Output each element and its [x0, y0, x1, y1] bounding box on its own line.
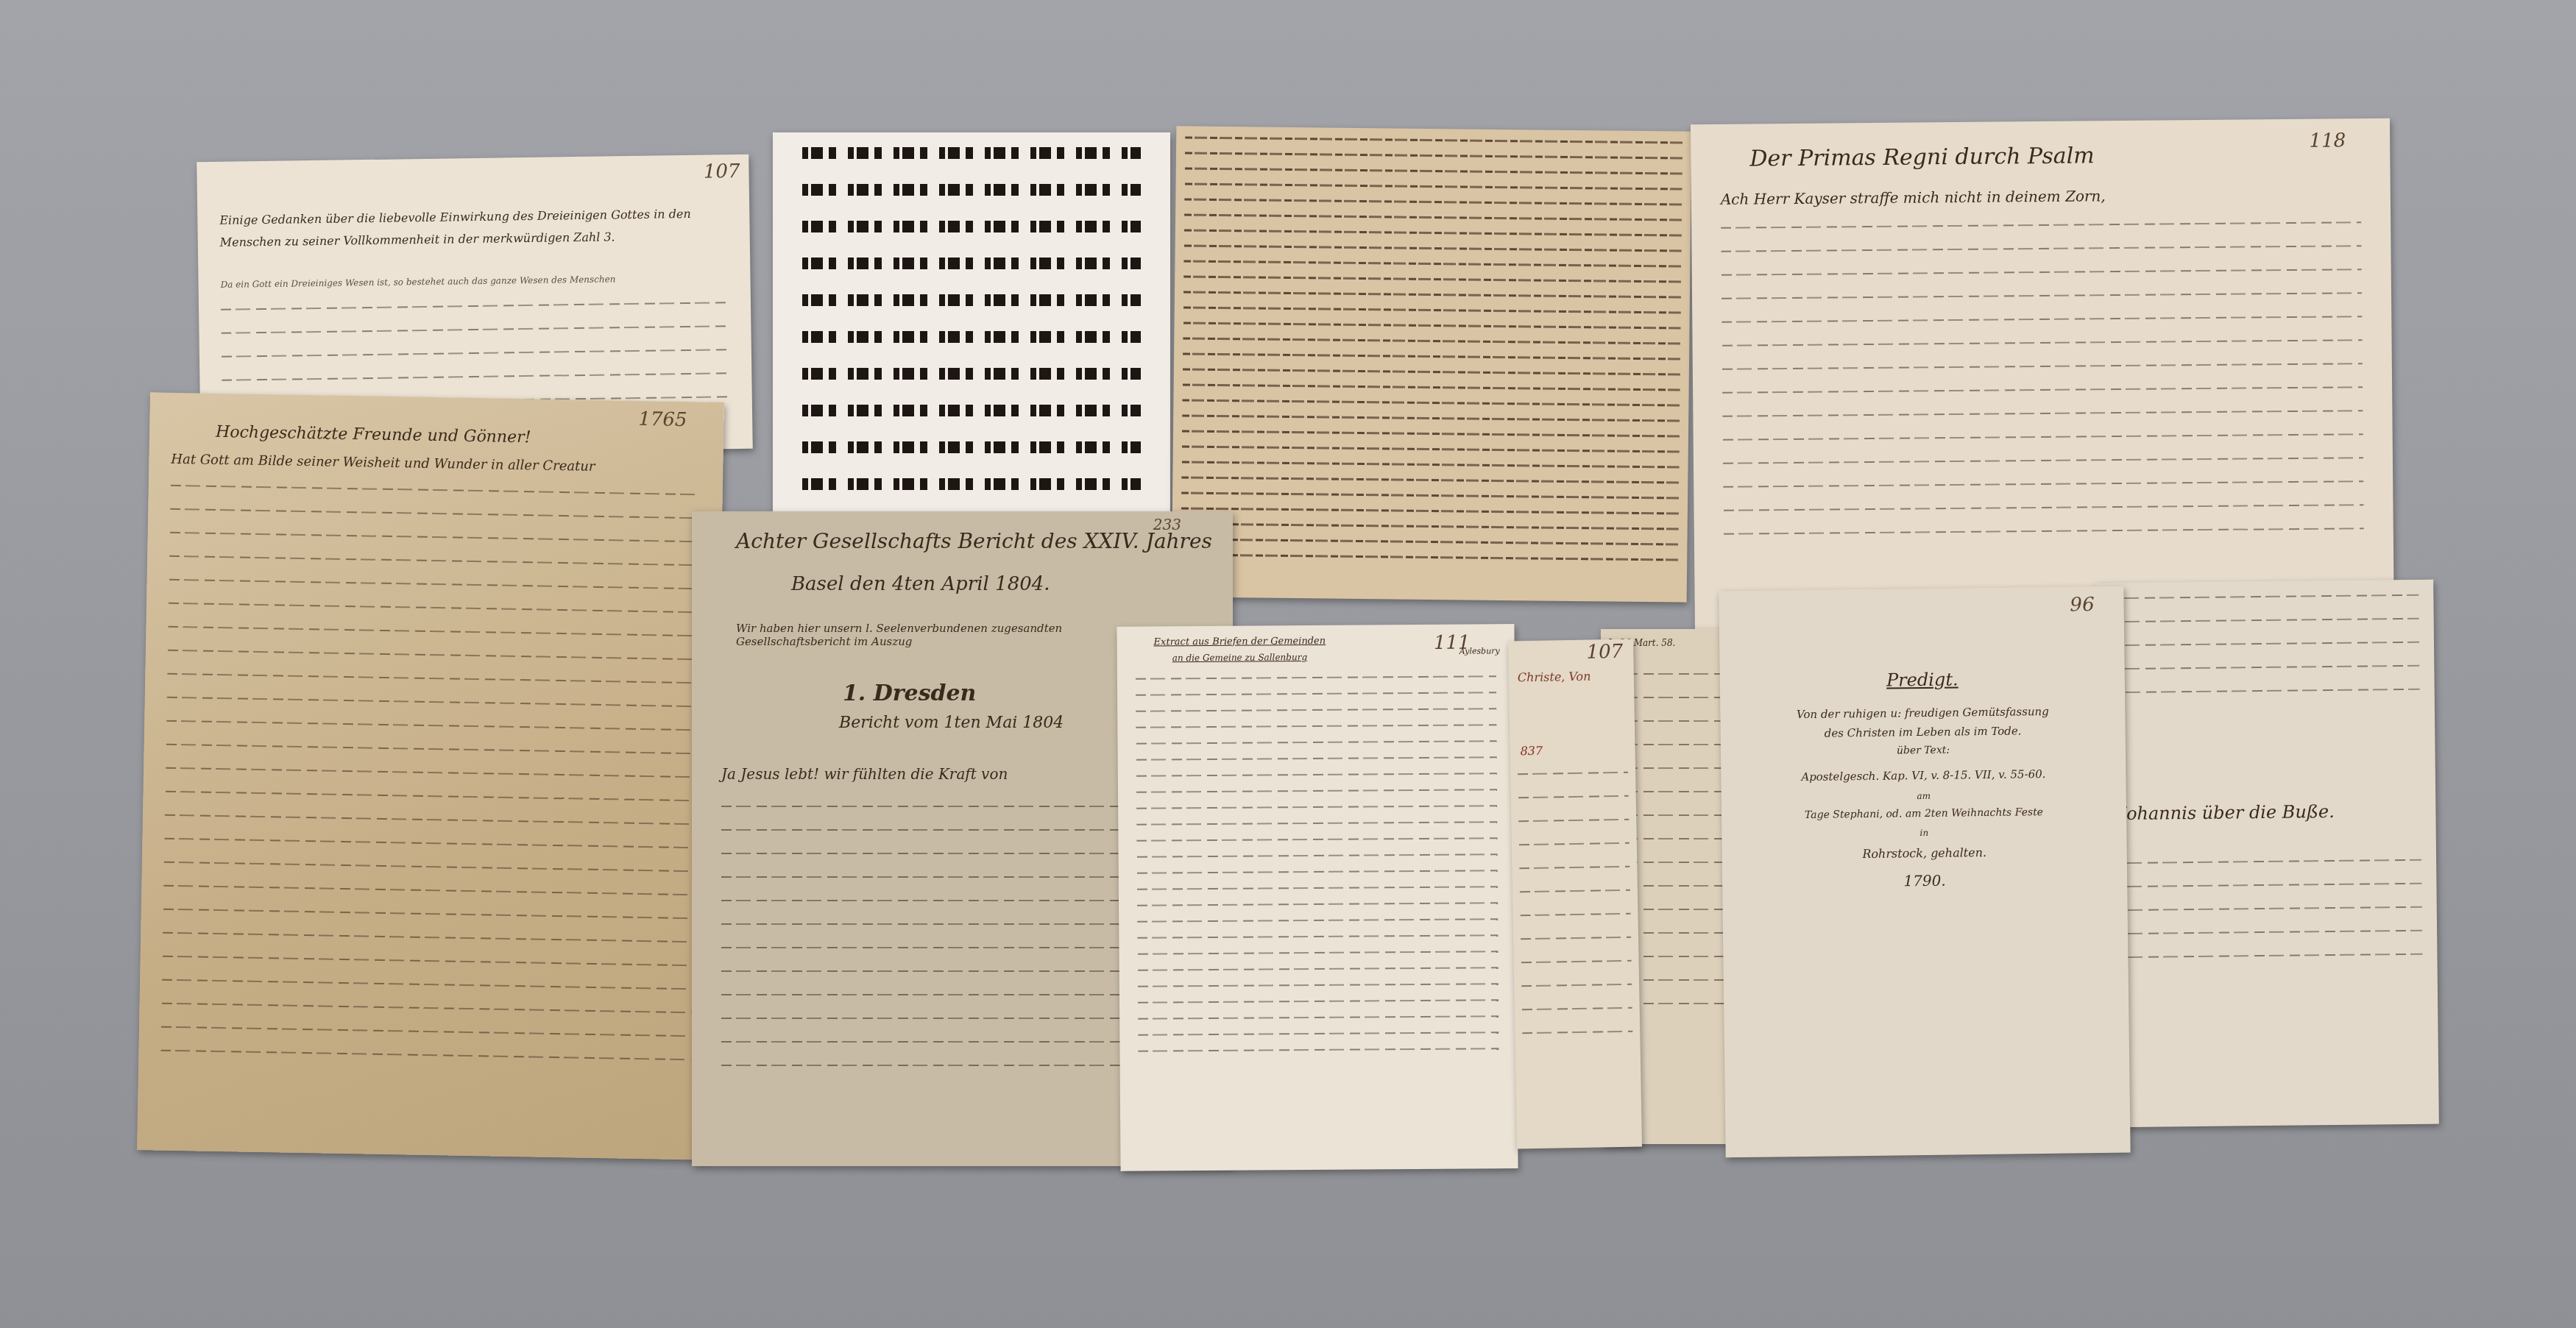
- document-title: Der Primas Regni durch Psalm: [1749, 143, 2095, 171]
- intro-text: Wir haben hier unsern l. Seelenverbunden…: [736, 622, 1178, 648]
- subtitle-line1: Von der ruhigen u: freudigen Gemütsfassu…: [1720, 704, 2125, 722]
- page-number: 107: [1586, 641, 1623, 664]
- body-text: Ach Herr Kayser straffe mich nicht in de…: [1721, 187, 2106, 208]
- handwriting-lines: [1117, 675, 1518, 1067]
- document-title: Achter Gesellschafts Bericht des XXIV. J…: [736, 529, 1212, 553]
- scripture-reference: Apostelgesch. Kap. VI, v. 8-15. VII, v. …: [1721, 767, 2126, 785]
- handwriting-lines: [1172, 136, 1691, 574]
- subtitle-line2: des Christen im Leben als im Tode.: [1721, 723, 2126, 742]
- place-date: Basel den 4ten April 1804.: [791, 573, 1050, 595]
- handwriting-lines: [1510, 772, 1641, 1057]
- body-text: Ja Jesus lebt! wir fühlten die Kraft von: [721, 765, 1008, 783]
- handwriting-lines: [2095, 594, 2435, 716]
- year: 1790.: [1722, 870, 2127, 892]
- document-title: Johannis über die Buße.: [2119, 801, 2335, 824]
- document-header: Christe, Von: [1518, 670, 1591, 685]
- manuscript-freunde-und-goenner: 1765 Hochgeschätzte Freunde und Gönner! …: [137, 392, 724, 1160]
- subtitle-line7: in: [1722, 825, 2126, 841]
- manuscript-dense-letter: [1172, 126, 1692, 602]
- body-text: Hat Gott am Bilde seiner Weisheit und Wu…: [171, 452, 595, 475]
- document-title: Predigt.: [1720, 667, 2125, 693]
- document-subtitle: an die Gemeine zu Sallenburg: [1172, 652, 1307, 663]
- document-title: Einige Gedanken über die liebevolle Einw…: [219, 207, 691, 227]
- document-title: Extract aus Briefen der Gemeinden: [1154, 636, 1326, 648]
- page-number: 1765: [638, 408, 687, 431]
- body-text: Da ein Gott ein Dreieiniges Wesen ist, s…: [220, 274, 615, 289]
- location: Rohrstock, gehalten.: [1722, 844, 2127, 863]
- occasion: Tage Stephani, od. am 2ten Weihnachts Fe…: [1722, 806, 2126, 823]
- handwriting-lines: [138, 484, 723, 1082]
- handwriting-lines: [2098, 859, 2438, 981]
- document-title: Hochgeschätzte Freunde und Gönner!: [216, 423, 531, 447]
- manuscript-predigt: 96 Predigt. Von der ruhigen u: freudigen…: [1719, 586, 2130, 1158]
- hebrew-script-lines: [773, 147, 1170, 515]
- subtitle-line3: über Text:: [1721, 742, 2126, 759]
- page-number: 107: [704, 160, 740, 183]
- section-heading: 1. Dresden: [843, 681, 976, 706]
- section-date: Bericht vom 1ten Mai 1804: [839, 714, 1064, 732]
- subtitle-line5: am: [1722, 789, 2126, 804]
- manuscript-extract: 111 Extract aus Briefen der Gemeinden an…: [1117, 624, 1518, 1171]
- handwriting-lines: [1691, 221, 2393, 557]
- document-title-line2: Menschen zu seiner Vollkommenheit in der…: [220, 230, 615, 249]
- manuscript-christe: 107 Christe, Von 837: [1508, 639, 1642, 1149]
- page-number: 96: [2070, 594, 2094, 616]
- manuscript-hebrew: [773, 132, 1170, 522]
- manuscript-primas-regni: 118 Der Primas Regni durch Psalm Ach Her…: [1691, 118, 2394, 639]
- manuscript-johannis: Johannis über die Buße.: [2095, 580, 2439, 1128]
- red-note: 837: [1520, 744, 1543, 759]
- margin-note: Aylesbury: [1459, 646, 1500, 656]
- page-number: 118: [2309, 129, 2346, 152]
